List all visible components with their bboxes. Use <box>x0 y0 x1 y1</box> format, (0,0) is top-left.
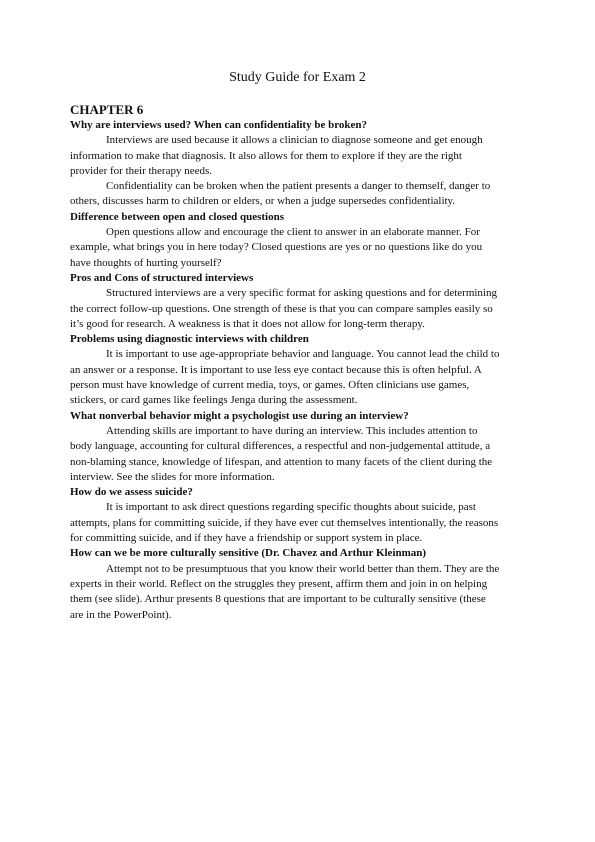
section-heading: What nonverbal behavior might a psycholo… <box>70 409 530 424</box>
document-page: Study Guide for Exam 2 CHAPTER 6 Why are… <box>0 0 595 842</box>
paragraph: It is important to use age-appropriate b… <box>70 347 530 408</box>
paragraph: Confidentiality can be broken when the p… <box>70 179 530 210</box>
text-line: stickers, or card games like feelings Je… <box>70 393 530 408</box>
paragraph: Attempt not to be presumptuous that you … <box>70 562 530 623</box>
text-line: have thoughts of hurting yourself? <box>70 256 530 271</box>
text-line: them (see slide). Arthur presents 8 ques… <box>70 592 530 607</box>
text-line: for committing suicide, and if they have… <box>70 531 530 546</box>
section-heading: Problems using diagnostic interviews wit… <box>70 332 530 347</box>
text-line: an answer or a response. It is important… <box>70 363 530 378</box>
paragraph: It is important to ask direct questions … <box>70 500 530 546</box>
paragraph: Structured interviews are a very specifi… <box>70 286 530 332</box>
text-line: information to make that diagnosis. It a… <box>70 149 530 164</box>
document-title: Study Guide for Exam 2 <box>0 70 595 86</box>
text-line: example, what brings you in here today? … <box>70 240 530 255</box>
paragraph: Interviews are used because it allows a … <box>70 133 530 179</box>
section-heading: Why are interviews used? When can confid… <box>70 118 530 133</box>
text-line: Open questions allow and encourage the c… <box>70 225 530 240</box>
text-line: person must have knowledge of current me… <box>70 378 530 393</box>
text-line: It is important to ask direct questions … <box>70 500 530 515</box>
text-line: Interviews are used because it allows a … <box>70 133 530 148</box>
text-line: body language, accounting for cultural d… <box>70 439 530 454</box>
text-line: Confidentiality can be broken when the p… <box>70 179 530 194</box>
text-line: Attending skills are important to have d… <box>70 424 530 439</box>
section-heading: How can we be more culturally sensitive … <box>70 546 530 561</box>
text-line: the correct follow-up questions. One str… <box>70 302 530 317</box>
text-line: attempts, plans for committing suicide, … <box>70 516 530 531</box>
paragraph: Open questions allow and encourage the c… <box>70 225 530 271</box>
text-line: Attempt not to be presumptuous that you … <box>70 562 530 577</box>
text-line: It is important to use age-appropriate b… <box>70 347 530 362</box>
text-line: experts in their world. Reflect on the s… <box>70 577 530 592</box>
section-heading: Pros and Cons of structured interviews <box>70 271 530 286</box>
text-line: it’s good for research. A weakness is th… <box>70 317 530 332</box>
text-line: interview. See the slides for more infor… <box>70 470 530 485</box>
text-line: are in the PowerPoint). <box>70 608 530 623</box>
text-line: Structured interviews are a very specifi… <box>70 286 530 301</box>
text-line: provider for their therapy needs. <box>70 164 530 179</box>
text-line: others, discusses harm to children or el… <box>70 194 530 209</box>
text-line: non-blaming stance, knowledge of lifespa… <box>70 455 530 470</box>
document-body: CHAPTER 6 Why are interviews used? When … <box>70 102 530 623</box>
section-heading: How do we assess suicide? <box>70 485 530 500</box>
chapter-heading: CHAPTER 6 <box>70 102 530 118</box>
paragraph: Attending skills are important to have d… <box>70 424 530 485</box>
section-heading: Difference between open and closed quest… <box>70 210 530 225</box>
